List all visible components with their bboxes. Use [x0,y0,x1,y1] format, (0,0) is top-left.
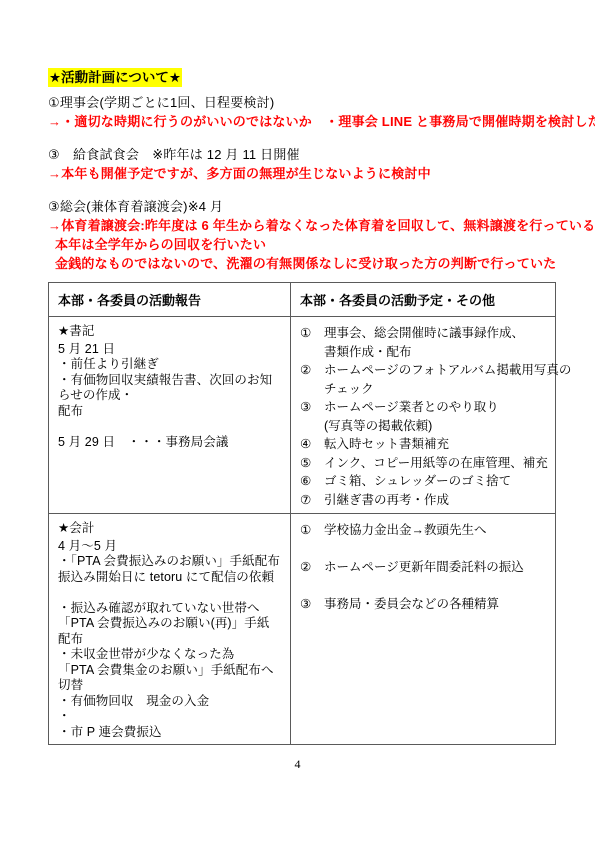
plan-line: ① 理事会、総会開催時に議事録作成、 [300,324,547,343]
item-text [324,540,547,559]
report-line: 4 月～5 月 [58,539,282,555]
item-number: ③ [300,398,324,417]
item-number: ① [300,324,324,343]
report-line: ・ [58,709,282,725]
table-row-accounting: ★会計 4 月～5 月 ・「PTA 会費振込みのお願い」手紙配布 振込み開始日に… [49,514,556,745]
page-number: 4 [0,757,595,772]
item-text: ホームページ更新年間委託料の振込 [324,558,547,577]
report-line: ・有価物回収 現金の入金 [58,694,282,710]
report-line: ・未収金世帯が少なくなった為 [58,647,282,663]
secretary-plan-cell: ① 理事会、総会開催時に議事録作成、 書類作成・配布 ② ホームページのフォトア… [291,317,556,514]
report-line: ・有価物回収実績報告書、次回のお知らせの作成・ [58,373,282,404]
item-number: ① [300,521,324,540]
item-text: 引継ぎ書の再考・作成 [324,491,547,510]
spacer [48,131,554,145]
plan-item-3-note-2: 本年は全学年からの回収を行いたい [48,235,554,254]
item-number [300,540,324,559]
item-text: 書類作成・配布 [324,343,547,362]
document-page: ★活動計画について★ ①理事会(学期ごとに1回、日程要検討) →・適切な時期に行… [0,0,595,841]
plan-line: ③ ホームページ業者とのやり取り [300,398,547,417]
plan-line: ⑥ ゴミ箱、シュレッダーのゴミ捨て [300,472,547,491]
item-text [324,577,547,596]
accounting-plan-cell: ① 学校協力金出金→教頭先生へ ② ホームページ更新年間委託料の振込 [291,514,556,745]
report-line: ・市 P 連会費振込 [58,725,282,741]
report-line: ・振込み確認が取れていない世帯へ [58,601,282,617]
item-text: ホームページ業者とのやり取り [324,398,547,417]
item-text: (写真等の掲載依頼) [324,417,547,436]
item-number: ② [300,558,324,577]
section-heading-wrap: ★活動計画について★ [48,68,554,87]
report-line [58,419,282,435]
item-text: チェック [324,380,547,399]
spacer [48,183,554,197]
item-text: インク、コピー用紙等の在庫管理、補充 [324,454,548,473]
report-line: ★会計 [58,521,282,537]
report-line: 振込み開始日に tetoru にて配信の依頼 [58,570,282,586]
plan-line: ⑦ 引継ぎ書の再考・作成 [300,491,547,510]
plan-line: (写真等の掲載依頼) [300,417,547,436]
report-line: 「PTA 会費振込みのお願い(再)」手紙配布 [58,616,282,647]
plan-item-2: ③ 給食試食会 ※昨年は 12 月 11 日開催 [48,145,554,164]
activity-table: 本部・各委員の活動報告 本部・各委員の活動予定・その他 ★書記 5 月 21 日… [48,282,556,745]
accounting-report-cell: ★会計 4 月～5 月 ・「PTA 会費振込みのお願い」手紙配布 振込み開始日に… [49,514,291,745]
item-number [300,343,324,362]
item-text: 転入時セット書類補充 [324,435,547,454]
item-number [300,577,324,596]
plan-line: ③ 事務局・委員会などの各種精算 [300,595,547,614]
plan-line: チェック [300,380,547,399]
header-activity-report: 本部・各委員の活動報告 [49,283,291,317]
report-line: 5 月 21 日 [58,342,282,358]
plan-line [300,577,547,596]
plan-item-3: ③総会(兼体育着譲渡会)※4 月 [48,197,554,216]
report-line: 「PTA 会費集金のお願い」手紙配布へ切替 [58,663,282,694]
report-line: 配布 [58,404,282,420]
secretary-report-cell: ★書記 5 月 21 日 ・前任より引継ぎ ・有価物回収実績報告書、次回のお知ら… [49,317,291,514]
plan-line: ② ホームページ更新年間委託料の振込 [300,558,547,577]
report-line: 5 月 29 日 ・・・事務局会議 [58,435,282,451]
item-number: ④ [300,435,324,454]
plan-item-3-note-3: 金銭的なものではないので、洗濯の有無関係なしに受け取った方の判断で行っていた [48,254,554,273]
plan-line: ① 学校協力金出金→教頭先生へ [300,521,547,540]
section-heading: ★活動計画について★ [48,68,182,87]
item-number: ⑤ [300,454,324,473]
plan-item-2-note: →本年も開催予定ですが、多方面の無理が生じないように検討中 [48,164,554,183]
item-number: ⑥ [300,472,324,491]
plan-line: 書類作成・配布 [300,343,547,362]
item-text: 理事会、総会開催時に議事録作成、 [324,324,547,343]
report-line [58,585,282,601]
item-number [300,417,324,436]
table-row-secretary: ★書記 5 月 21 日 ・前任より引継ぎ ・有価物回収実績報告書、次回のお知ら… [49,317,556,514]
plan-line: ② ホームページのフォトアルバム掲載用写真の [300,361,547,380]
plan-line: ④ 転入時セット書類補充 [300,435,547,454]
report-line: ★書記 [58,324,282,340]
plan-item-1-note: →・適切な時期に行うのがいいのではないか ・理事会 LINE と事務局で開催時期… [48,112,554,131]
item-text: ゴミ箱、シュレッダーのゴミ捨て [324,472,547,491]
item-text: 学校協力金出金→教頭先生へ [324,521,547,540]
plan-line: ⑤ インク、コピー用紙等の在庫管理、補充 [300,454,547,473]
item-number: ② [300,361,324,380]
item-number: ③ [300,595,324,614]
report-line: ・「PTA 会費振込みのお願い」手紙配布 [58,554,282,570]
document-content: ★活動計画について★ ①理事会(学期ごとに1回、日程要検討) →・適切な時期に行… [48,68,554,745]
item-text: ホームページのフォトアルバム掲載用写真の [324,361,571,380]
item-number: ⑦ [300,491,324,510]
plan-item-3-note-1: →体育着譲渡会:昨年度は 6 年生から着なくなった体育着を回収して、無料譲渡を行… [48,216,554,235]
table-header-row: 本部・各委員の活動報告 本部・各委員の活動予定・その他 [49,283,556,317]
plan-item-1: ①理事会(学期ごとに1回、日程要検討) [48,93,554,112]
header-activity-plan: 本部・各委員の活動予定・その他 [291,283,556,317]
item-text: 事務局・委員会などの各種精算 [324,595,547,614]
plan-line [300,540,547,559]
item-number [300,380,324,399]
report-line: ・前任より引継ぎ [58,357,282,373]
